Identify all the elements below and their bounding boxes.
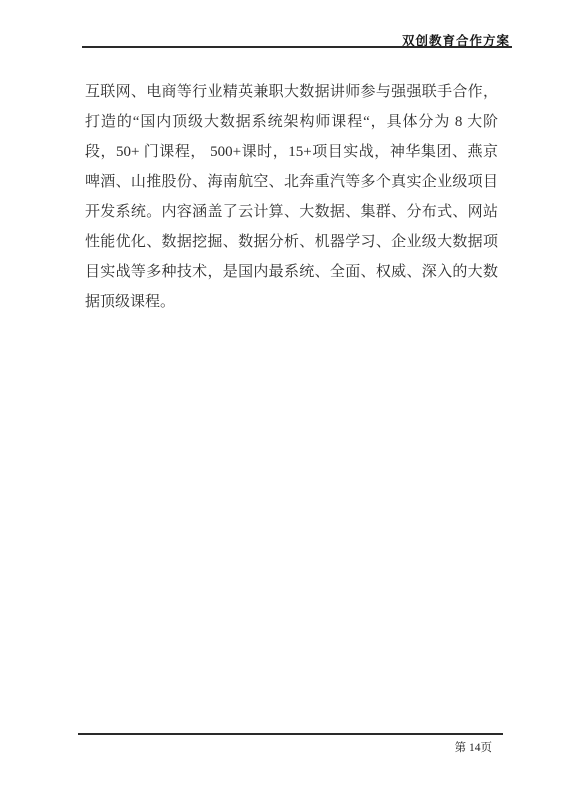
paragraph-line: 性能优化、数据挖掘、数据分析、机器学习、企业级大数据项: [85, 227, 498, 257]
paragraph-line: 打造的“国内顶级大数据系统架构师课程“，具体分为 8 大阶: [85, 107, 498, 137]
header-divider: [82, 46, 512, 48]
paragraph-line: 啤酒、山推股份、海南航空、北奔重汽等多个真实企业级项目: [85, 167, 498, 197]
paragraph-line: 开发系统。内容涵盖了云计算、大数据、集群、分布式、网站: [85, 197, 498, 227]
document-body: 互联网、电商等行业精英兼职大数据讲师参与强强联手合作， 打造的“国内顶级大数据系…: [85, 77, 498, 317]
paragraph-line: 目实战等多种技术，是国内最系统、全面、权威、深入的大数: [85, 257, 498, 287]
page-number: 第 14页: [455, 739, 492, 755]
paragraph-line: 段，50+ 门课程， 500+课时，15+项目实战，神华集团、燕京: [85, 137, 498, 167]
document-page: 双创教育合作方案 互联网、电商等行业精英兼职大数据讲师参与强强联手合作， 打造的…: [0, 0, 566, 800]
paragraph-line: 据顶级课程。: [85, 287, 498, 317]
paragraph-line: 互联网、电商等行业精英兼职大数据讲师参与强强联手合作，: [85, 77, 498, 107]
footer-divider: [78, 733, 503, 735]
